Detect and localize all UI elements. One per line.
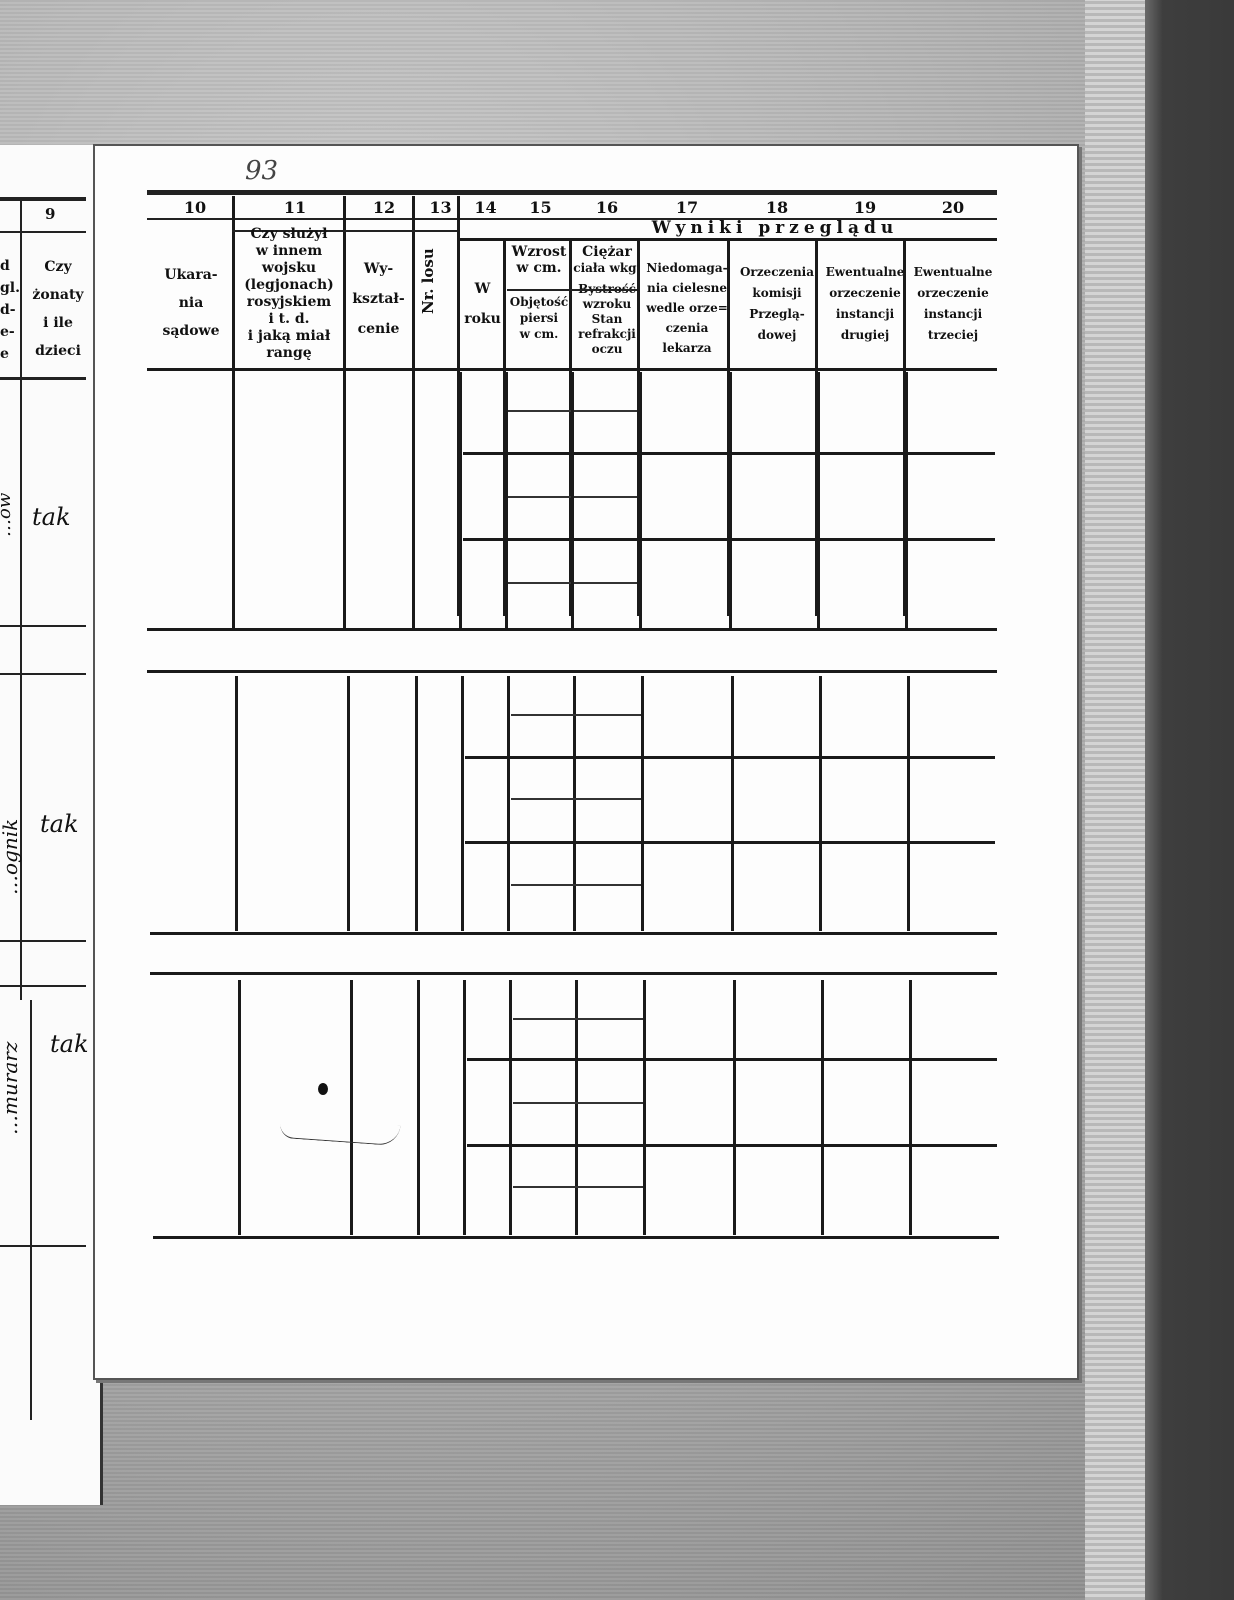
column-divider (343, 372, 346, 628)
header-chest-volume: Objętość piersi w cm. (507, 294, 571, 342)
handwritten-occupation-fragment: …murarz (0, 1042, 22, 1135)
column-divider (507, 676, 510, 931)
column-divider (905, 372, 908, 628)
left-header-rule (0, 197, 86, 201)
column-number-15: 15 (508, 198, 573, 217)
column-divider (641, 676, 644, 931)
column-number-20: 20 (909, 198, 997, 217)
column-divider (733, 980, 736, 1235)
column-divider (347, 676, 350, 931)
handwritten-fragment: …ów (0, 493, 15, 537)
sub-row-rule (513, 1186, 643, 1188)
left-page-fragment: 9 d gl. d- e- e Czy żonaty i ile dzieci … (0, 145, 103, 1505)
background-shadow-strip (1145, 0, 1234, 1600)
block-top-rule (147, 670, 997, 673)
column-divider (731, 676, 734, 931)
column-number-16: 16 (573, 198, 641, 217)
row-rule (465, 756, 995, 759)
column-number-14: 14 (463, 198, 508, 217)
left-block-rule (0, 985, 86, 987)
register-page: 93 10 11 12 13 14 15 16 17 18 19 20 Wyni… (93, 144, 1079, 1380)
background-stone-strip (1085, 0, 1147, 1600)
header-education: Wy- kształ- cenie (345, 254, 412, 344)
ink-blot (318, 1083, 328, 1095)
header-lot-number: Nr. losu (419, 248, 437, 314)
clipped-header-fragment: d gl. d- e- e (0, 255, 20, 365)
header-year: W roku (460, 274, 505, 334)
row-rule (467, 1144, 997, 1147)
column-divider (639, 372, 642, 628)
column-divider (907, 676, 910, 931)
handwritten-occupation-fragment: …ognik (0, 819, 22, 895)
sub-row-rule (511, 884, 641, 886)
header-served-other-army: Czy służył w innem wojsku (legjonach) ro… (235, 226, 343, 362)
column-divider (817, 372, 820, 628)
column-divider (459, 372, 462, 628)
block-bottom-rule (150, 932, 997, 935)
header-review-commission-ruling: Orzeczenia komisji Przeglą- dowej (733, 262, 821, 346)
column-9-header: Czy żonaty i ile dzieci (28, 253, 88, 365)
column-divider (238, 980, 241, 1235)
left-column-divider (30, 1000, 32, 1420)
row-rule (467, 1058, 997, 1061)
handwritten-married-value: tak (32, 503, 71, 531)
column-number-9: 9 (45, 205, 55, 223)
left-block-rule (0, 940, 86, 942)
column-divider (415, 676, 418, 931)
block-top-rule (150, 972, 997, 975)
header-penalties: Ukara- nia sądowe (150, 261, 232, 345)
column-divider (505, 372, 508, 628)
column-divider (412, 372, 415, 628)
header-visual-acuity: Bystrość wzroku Stan refrakcji oczu (573, 282, 641, 357)
header-height: Wzrost w cm. (507, 244, 571, 276)
header-physical-ailments: Niedomaga- nia cielesne wedle orze= czen… (641, 258, 733, 358)
header-body-weight: Ciężar ciała wkg. (573, 244, 641, 276)
header-second-instance-ruling: Ewentualne orzeczenie instancji drugiej (821, 262, 909, 346)
column-divider (417, 980, 420, 1235)
column-divider (509, 980, 512, 1235)
sub-row-rule (513, 1018, 643, 1020)
left-header-rule (0, 231, 86, 233)
column-divider (232, 372, 235, 628)
column-number-17: 17 (641, 198, 733, 217)
block-bottom-rule (147, 628, 997, 631)
column-number-19: 19 (821, 198, 909, 217)
row-rule (465, 841, 995, 844)
sub-row-rule (513, 1102, 643, 1104)
handwritten-married-value: tak (50, 1030, 89, 1058)
column-divider (909, 980, 912, 1235)
left-block-rule (0, 625, 86, 627)
column-divider (729, 372, 732, 628)
block-bottom-rule (153, 1236, 999, 1239)
sub-row-rule (511, 798, 641, 800)
left-block-rule (0, 1245, 86, 1247)
sub-header-rule (507, 289, 637, 291)
sub-row-rule (511, 714, 641, 716)
column-divider (463, 980, 466, 1235)
column-number-12: 12 (350, 198, 418, 217)
header-third-instance-ruling: Ewentualne orzeczenie instancji trzeciej (909, 262, 997, 346)
column-divider (821, 980, 824, 1235)
left-header-bottom-rule (0, 377, 86, 380)
pencil-page-number: 93 (245, 156, 278, 186)
header-bottom-rule (147, 368, 997, 371)
handwritten-married-value: tak (40, 810, 79, 838)
column-number-11: 11 (240, 198, 350, 217)
pencil-scribble (279, 1117, 400, 1146)
column-divider (643, 980, 646, 1235)
column-divider (350, 980, 353, 1235)
group-header-examination-results: Wyniki przeglądu (595, 218, 955, 238)
column-divider (571, 372, 574, 628)
column-divider (819, 676, 822, 931)
column-divider (461, 676, 464, 931)
column-number-18: 18 (733, 198, 821, 217)
header-top-rule (147, 190, 997, 195)
column-divider (235, 676, 238, 931)
column-number-10: 10 (150, 198, 240, 217)
left-block-rule (0, 673, 86, 675)
